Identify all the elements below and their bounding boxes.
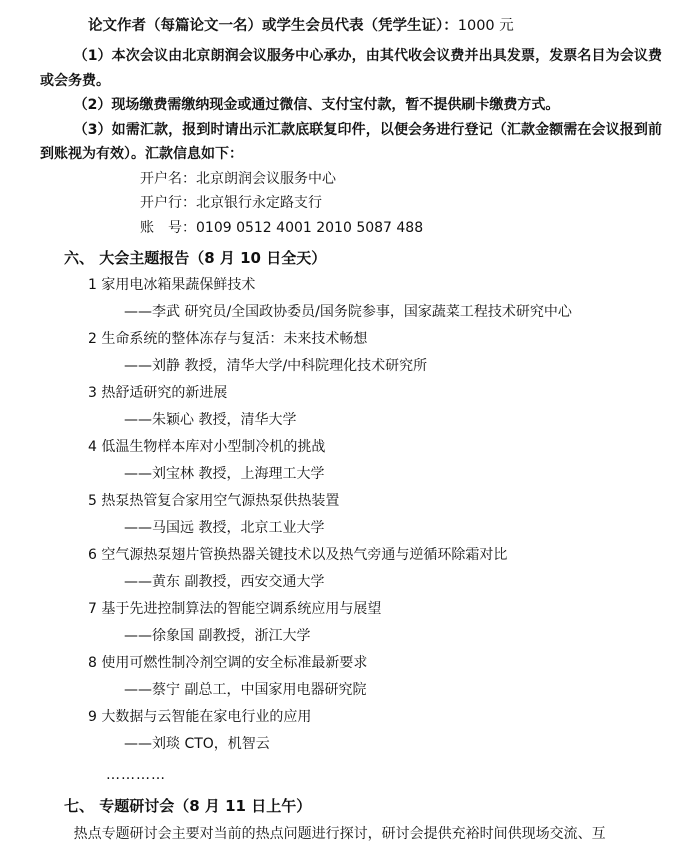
payment-note-1: （1）本次会议由北京朗润会议服务中心承办，由其代收会议费并出具发票，发票名目为会…: [40, 44, 662, 93]
bank-account-name: 开户名：北京朗润会议服务中心: [40, 167, 663, 192]
talk-3-title: 3 热舒适研究的新进展: [88, 380, 663, 407]
fee-line: 论文作者（每篇论文一名）或学生会员代表（凭学生证）：1000 元: [88, 13, 663, 39]
talk-2-title: 2 生命系统的整体冻存与复活：未来技术畅想: [88, 326, 663, 353]
talk-8-title: 8 使用可燃性制冷剂空调的安全标准最新要求: [88, 650, 663, 677]
talk-5-title: 5 热泵热管复合家用空气源热泵供热装置: [88, 488, 663, 515]
talk-9-speaker: ——刘琰 CTO，机智云: [124, 731, 663, 758]
section-6-heading: 六、 大会主题报告（8 月 10 日全天）: [64, 247, 663, 270]
talk-4-title: 4 低温生物样本库对小型制冷机的挑战: [88, 434, 663, 461]
section-7-heading: 七、 专题研讨会（8 月 11 日上午）: [64, 795, 663, 818]
bank-account-number: 账 号：0109 0512 4001 2010 5087 488: [40, 216, 663, 241]
fee-line-label: 论文作者（每篇论文一名）或学生会员代表（凭学生证）：: [88, 18, 458, 34]
talk-7-title: 7 基于先进控制算法的智能空调系统应用与展望: [88, 596, 663, 623]
talk-6-speaker: ——黄东 副教授，西安交通大学: [124, 569, 663, 596]
document-page: 论文作者（每篇论文一名）或学生会员代表（凭学生证）：1000 元 （1）本次会议…: [0, 0, 683, 867]
talk-5-speaker: ——马国远 教授，北京工业大学: [124, 515, 663, 542]
fee-amount: 1000 元: [458, 18, 514, 34]
talk-2-speaker: ——刘静 教授，清华大学/中科院理化技术研究所: [124, 353, 663, 380]
talk-8-speaker: ——蔡宁 副总工，中国家用电器研究院: [124, 677, 663, 704]
talk-1-speaker: ——李武 研究员/全国政协委员/国务院参事，国家蔬菜工程技术研究中心: [124, 299, 663, 326]
section-7-intro: 热点专题研讨会主要对当前的热点问题进行探讨，研讨会提供充裕时间供现场交流、互: [40, 822, 662, 847]
talk-4-speaker: ——刘宝林 教授，上海理工大学: [124, 461, 663, 488]
ellipsis-line: …………: [106, 764, 663, 786]
talk-1-title: 1 家用电冰箱果蔬保鲜技术: [88, 272, 663, 299]
payment-note-2: （2）现场缴费需缴纳现金或通过微信、支付宝付款，暂不提供刷卡缴费方式。: [40, 93, 662, 118]
bank-branch: 开户行：北京银行永定路支行: [40, 191, 663, 216]
talk-7-speaker: ——徐象国 副教授，浙江大学: [124, 623, 663, 650]
keynote-talk-list: 1 家用电冰箱果蔬保鲜技术 ——李武 研究员/全国政协委员/国务院参事，国家蔬菜…: [40, 272, 663, 758]
talk-6-title: 6 空气源热泵翅片管换热器关键技术以及热气旁通与逆循环除霜对比: [88, 542, 663, 569]
payment-note-3: （3）如需汇款，报到时请出示汇款底联复印件，以便会务进行登记（汇款金额需在会议报…: [40, 118, 662, 167]
talk-9-title: 9 大数据与云智能在家电行业的应用: [88, 704, 663, 731]
talk-3-speaker: ——朱颖心 教授，清华大学: [124, 407, 663, 434]
